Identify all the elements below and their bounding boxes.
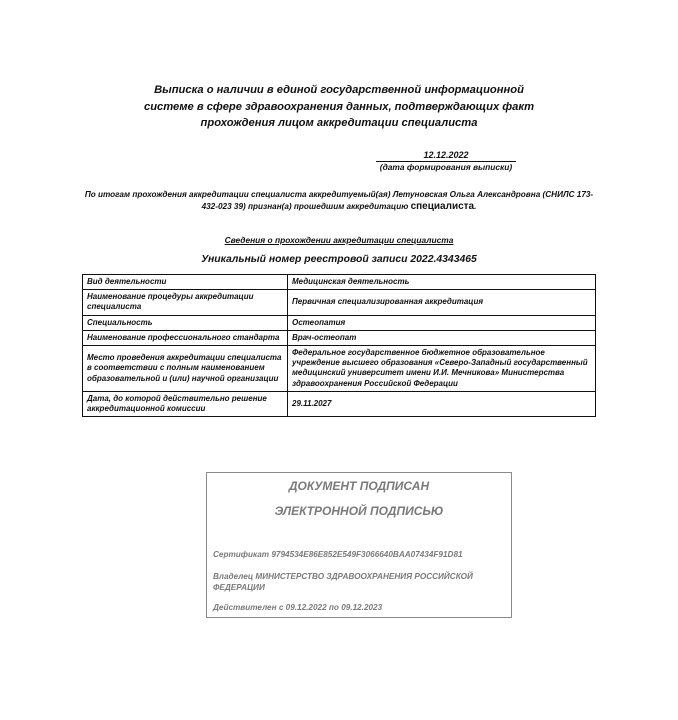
- table-row: Дата, до которой действительно решение а…: [83, 391, 596, 416]
- statement-end: .: [474, 202, 476, 211]
- stamp-line-electronic: ЭЛЕКТРОННОЙ ПОДПИСЬЮ: [207, 504, 511, 518]
- stamp-owner: Владелец МИНИСТЕРСТВО ЗДРАВООХРАНЕНИЯ РО…: [213, 572, 501, 593]
- accreditation-statement: По итогам прохождения аккредитации специ…: [78, 189, 600, 212]
- statement-text: По итогам прохождения аккредитации специ…: [85, 190, 593, 211]
- accreditation-details-table: Вид деятельности Медицинская деятельност…: [82, 274, 596, 417]
- row-label: Наименование процедуры аккредитации спец…: [83, 290, 288, 315]
- stamp-certificate: Сертификат 9794534E86E852E549F3066640BAA…: [213, 550, 501, 561]
- row-value: Врач-остеопат: [288, 330, 596, 345]
- row-value: 29.11.2027: [288, 391, 596, 416]
- formation-date-block: 12.12.2022 (дата формирования выписки): [376, 150, 516, 173]
- table-row: Вид деятельности Медицинская деятельност…: [83, 275, 596, 290]
- formation-date-caption: (дата формирования выписки): [376, 162, 516, 173]
- row-value: Медицинская деятельность: [288, 275, 596, 290]
- title-line-3: прохождения лицом аккредитации специалис…: [0, 115, 678, 132]
- formation-date: 12.12.2022: [376, 150, 516, 162]
- table-row: Наименование процедуры аккредитации спец…: [83, 290, 596, 315]
- table-row: Наименование профессионального стандарта…: [83, 330, 596, 345]
- stamp-line-signed: ДОКУМЕНТ ПОДПИСАН: [207, 479, 511, 493]
- electronic-signature-stamp: ДОКУМЕНТ ПОДПИСАН ЭЛЕКТРОННОЙ ПОДПИСЬЮ С…: [206, 472, 512, 618]
- row-label: Дата, до которой действительно решение а…: [83, 391, 288, 416]
- document-title: Выписка о наличии в единой государственн…: [0, 82, 678, 132]
- table-row: Место проведения аккредитации специалист…: [83, 346, 596, 392]
- row-value: Остеопатия: [288, 315, 596, 330]
- row-label: Вид деятельности: [83, 275, 288, 290]
- stamp-validity: Действителен с 09.12.2022 по 09.12.2023: [213, 603, 501, 614]
- row-label: Специальность: [83, 315, 288, 330]
- row-label: Наименование профессионального стандарта: [83, 330, 288, 345]
- section-heading: Сведения о прохождении аккредитации спец…: [0, 235, 678, 245]
- row-label: Место проведения аккредитации специалист…: [83, 346, 288, 392]
- title-line-2: системе в сфере здравоохранения данных, …: [0, 99, 678, 116]
- row-value: Первичная специализированная аккредитаци…: [288, 290, 596, 315]
- statement-specialist: специалиста: [411, 201, 475, 212]
- table-row: Специальность Остеопатия: [83, 315, 596, 330]
- title-line-1: Выписка о наличии в единой государственн…: [0, 82, 678, 99]
- registry-number: Уникальный номер реестровой записи 2022.…: [0, 254, 678, 265]
- row-value: Федеральное государственное бюджетное об…: [288, 346, 596, 392]
